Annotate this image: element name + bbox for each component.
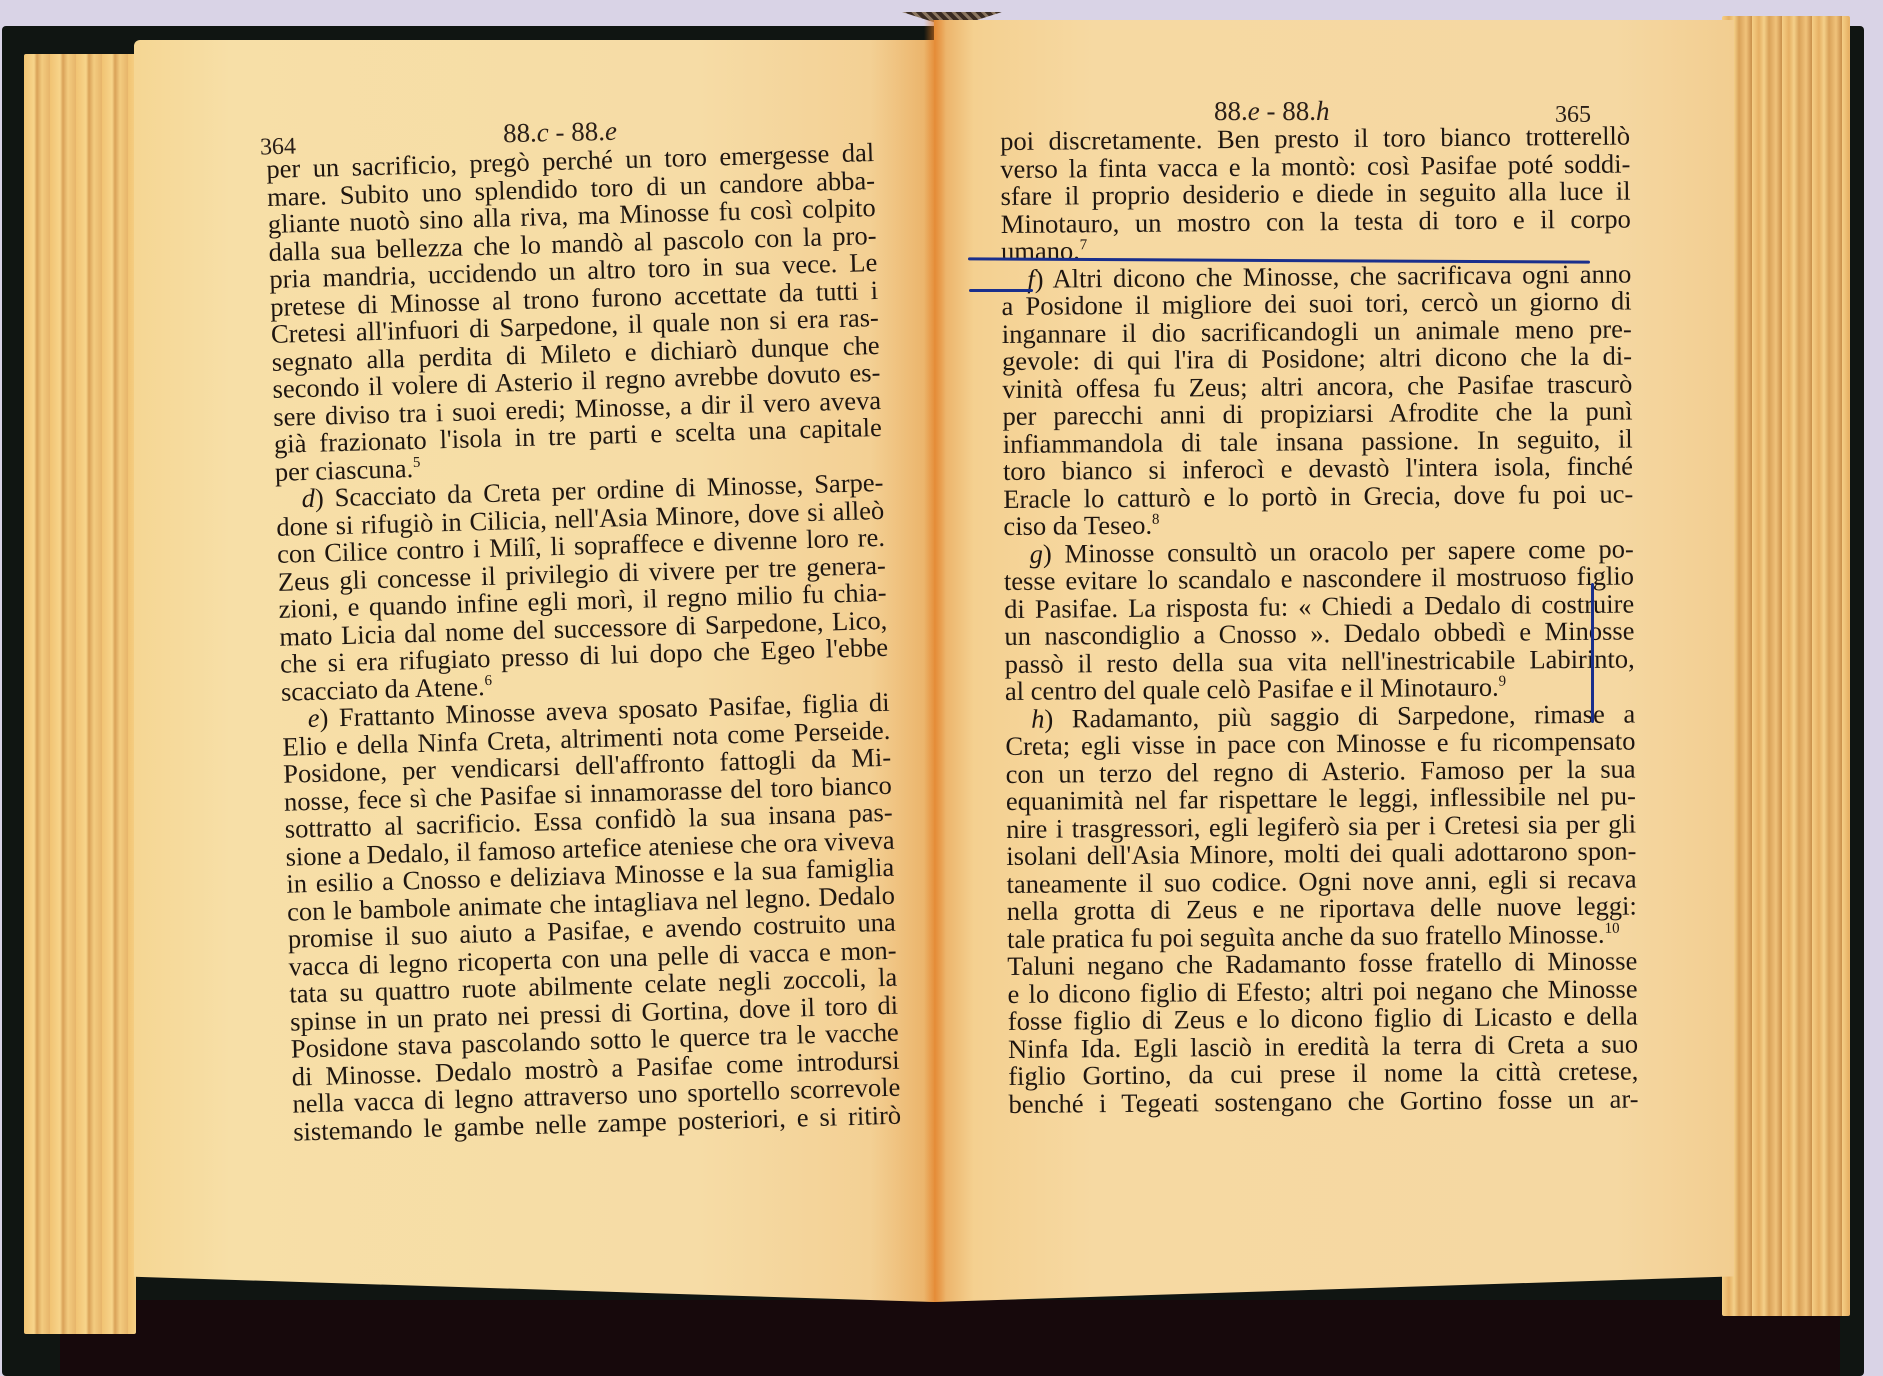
head-end-letter: h xyxy=(1316,96,1330,126)
head-sep: - xyxy=(548,117,571,147)
head-start-num: 88. xyxy=(503,117,537,148)
head-start-letter: e xyxy=(1248,96,1260,126)
book-gutter xyxy=(924,20,946,1302)
footnote-ref: 7 xyxy=(1080,237,1088,253)
head-end-letter: e xyxy=(605,116,618,146)
head-end-num: 88. xyxy=(571,116,605,147)
book-cover-bottom xyxy=(60,1300,1840,1376)
footnote-ref: 6 xyxy=(484,672,492,688)
footnote-ref: 5 xyxy=(413,454,421,470)
footnote-ref: 10 xyxy=(1604,920,1619,936)
head-start-num: 88. xyxy=(1214,96,1248,126)
text-line: benché i Tegeati sostengano che Gortino … xyxy=(1008,1085,1638,1118)
line-text: umano. xyxy=(1001,235,1080,266)
right-page-edges xyxy=(1722,16,1850,1316)
paragraph-letter: e xyxy=(307,703,320,733)
left-page-text: per un sacrificio, pregò perché un toro … xyxy=(266,139,901,1146)
paragraph-letter: g xyxy=(1030,538,1044,568)
text-line: Eracle lo catturò e lo portò in Grecia, … xyxy=(1003,480,1633,513)
footnote-ref: 9 xyxy=(1499,674,1507,690)
footnote-ref: 8 xyxy=(1152,512,1160,528)
head-start-letter: c xyxy=(536,117,549,147)
line-text: ciso da Teseo. xyxy=(1003,510,1152,541)
head-end-num: 88. xyxy=(1282,96,1316,126)
paragraph-letter: d xyxy=(301,483,315,513)
left-page-edges xyxy=(24,54,136,1334)
pen-underline-continuation xyxy=(969,289,1033,292)
paragraph-letter: h xyxy=(1031,703,1045,733)
pen-margin-line xyxy=(1591,583,1594,723)
head-sep: - xyxy=(1260,96,1283,126)
text-line: Minotauro, un mostro con la testa di tor… xyxy=(1001,205,1631,238)
right-page-text: poi discretamente. Ben presto il toro bi… xyxy=(1000,123,1639,1118)
